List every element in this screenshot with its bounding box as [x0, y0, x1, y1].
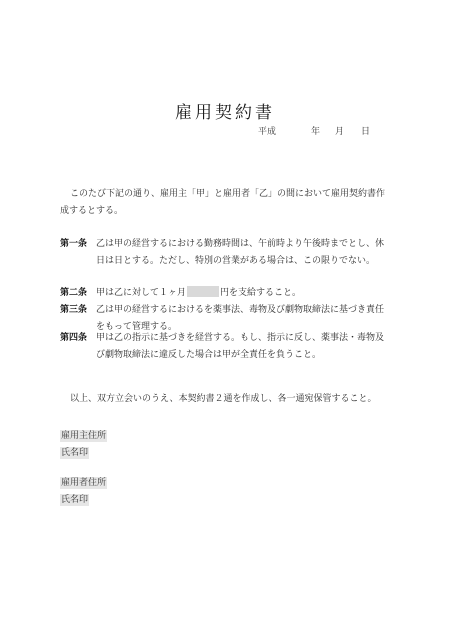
employer-address-field[interactable]: 雇用主住所 — [60, 430, 107, 442]
article-label: 第三条 — [60, 302, 87, 319]
document-title: 雇用契約書 — [0, 98, 450, 123]
employee-address-field[interactable]: 雇用者住所 — [60, 477, 107, 489]
document-page: 雇用契約書 平成 年 月 日 このたび下記の通り、雇用主「甲」と雇用者「乙」の間… — [0, 0, 450, 636]
article-label: 第二条 — [60, 285, 87, 302]
article-text: 甲は乙に対して１ヶ月円を支給すること。 — [96, 285, 390, 302]
date-month: 月 — [335, 124, 344, 137]
closing-paragraph: 以上、双方立会いのうえ、本契約書２通を作成し、各一通宛保管すること。 — [60, 391, 390, 408]
article-text: 乙は甲の経営するにおける勤務時間は、午前時より午後時までとし、休日は日とする。た… — [96, 236, 390, 270]
date-day: 日 — [361, 124, 370, 137]
article-1: 第一条 乙は甲の経営するにおける勤務時間は、午前時より午後時までとし、休日は日と… — [60, 236, 390, 270]
employee-name-seal-field[interactable]: 氏名印 — [60, 494, 89, 506]
employer-name-seal-field[interactable]: 氏名印 — [60, 447, 89, 459]
article-text-before: 甲は乙に対して１ヶ月 — [96, 288, 186, 298]
article-label: 第四条 — [60, 330, 87, 347]
article-label: 第一条 — [60, 236, 87, 253]
article-text-after: 円を支給すること。 — [220, 288, 301, 298]
article-2: 第二条 甲は乙に対して１ヶ月円を支給すること。 — [60, 285, 390, 302]
date-era: 平成 — [258, 124, 276, 137]
salary-amount-field[interactable] — [187, 286, 219, 297]
article-text: 甲は乙の指示に基づきを経営する。もし、指示に反し、薬事法・毒物及び劇物取締法に違… — [96, 330, 390, 364]
intro-paragraph: このたび下記の通り、雇用主「甲」と雇用者「乙」の間において雇用契約書作成するとす… — [60, 186, 390, 220]
date-year: 年 — [311, 124, 320, 137]
article-4: 第四条 甲は乙の指示に基づきを経営する。もし、指示に反し、薬事法・毒物及び劇物取… — [60, 330, 390, 364]
